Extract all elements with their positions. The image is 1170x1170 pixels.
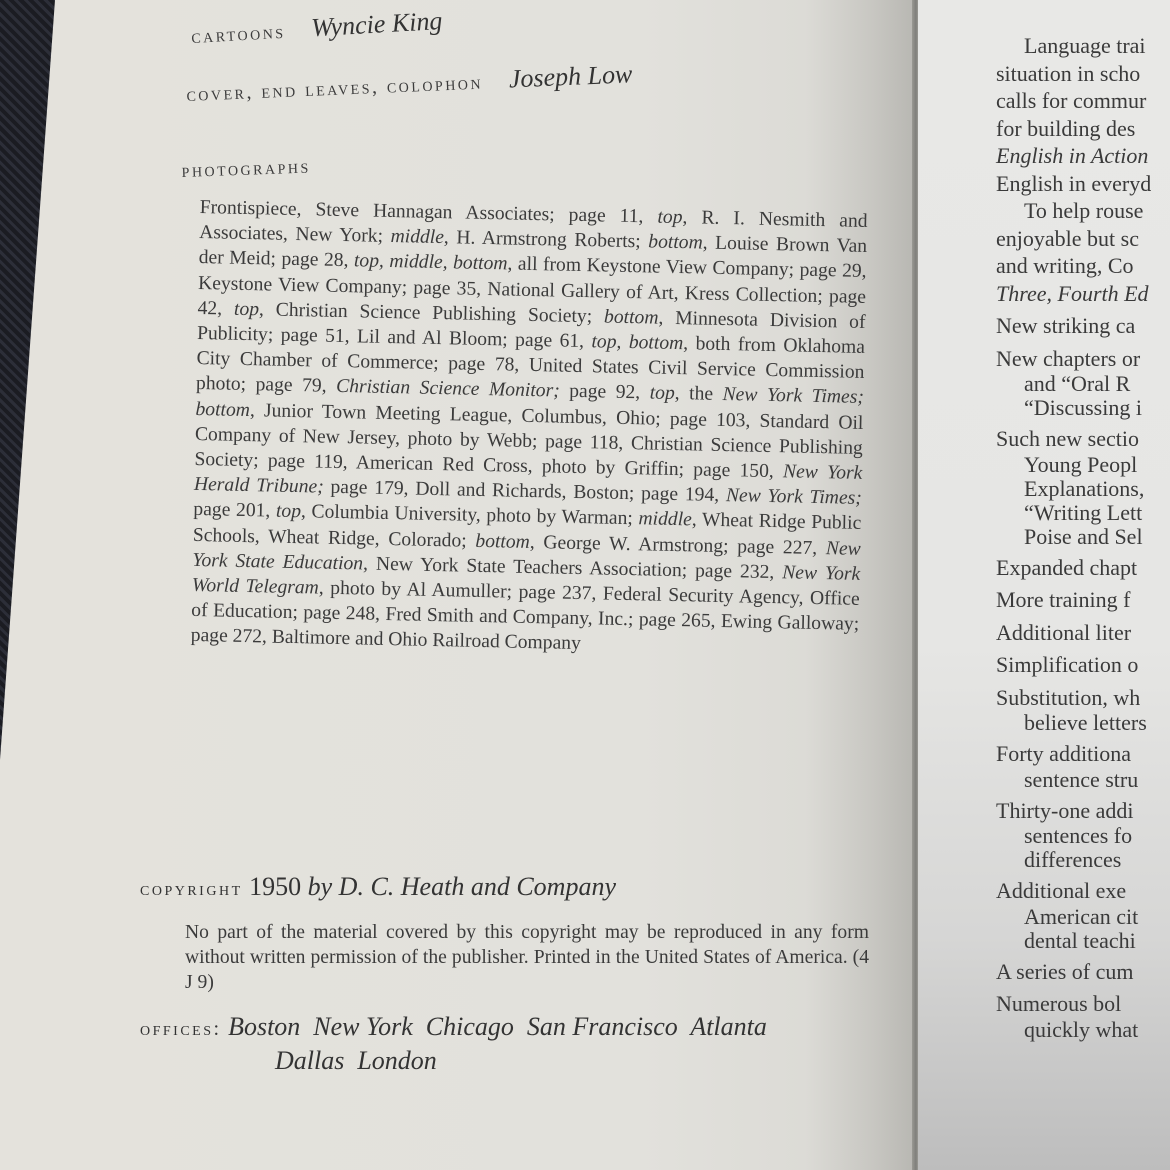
copyright-label: COPYRIGHT [140, 878, 243, 900]
feature-list-item-continuation: Young Peopl [996, 453, 1170, 477]
credit-name: Joseph Low [508, 59, 633, 93]
feature-list-item: New chapters orand “Oral R“Discussing i [996, 345, 1170, 421]
left-page: CARTOONS Wyncie King COVER, END LEAVES, … [0, 0, 915, 1170]
feature-list-item-continuation: Explanations, [996, 477, 1170, 501]
credit-cartoons: CARTOONS Wyncie King [190, 6, 443, 50]
feature-list-item: Numerous bolquickly what [996, 990, 1170, 1042]
feature-list-item: A series of cum [996, 958, 1170, 986]
right-page: Language traisituation in schocalls for … [918, 0, 1170, 1170]
feature-list-item-text: Numerous bol [996, 990, 1170, 1018]
feature-list-item-text: Thirty-one addi [996, 797, 1170, 825]
feature-list-item-continuation: dental teachi [996, 929, 1170, 953]
rights-notice: No part of the material covered by this … [185, 920, 869, 995]
italic-segment: Christian Science Monitor; [336, 376, 560, 402]
feature-list-item-text: Expanded chapt [996, 554, 1170, 582]
credit-label: CARTOONS [191, 21, 286, 48]
feature-list-item-text: Substitution, wh [996, 684, 1170, 712]
text-segment: page 201, [193, 499, 276, 522]
italic-segment: New York Times; [722, 384, 864, 408]
text-segment: , H. Armstrong Roberts; [444, 227, 649, 252]
offices-cities-line2: Dallas London [275, 1046, 437, 1076]
offices-cities-line1: Boston New York Chicago San Francisco At… [228, 1012, 767, 1041]
feature-list-item-text: Additional exe [996, 877, 1170, 905]
credit-label: COVER, END LEAVES, COLOPHON [186, 72, 483, 106]
italic-segment: bottom [604, 306, 659, 328]
feature-list-item: Additional liter [996, 619, 1170, 647]
italic-segment: New York Times; [726, 485, 862, 509]
intro-line: calls for commur [996, 87, 1170, 115]
photographs-heading: PHOTOGRAPHS [181, 156, 311, 183]
feature-list-item-text: More training f [996, 586, 1170, 614]
credit-name: Wyncie King [311, 6, 444, 42]
feature-list-item: More training f [996, 586, 1170, 614]
italic-segment: top [649, 383, 674, 405]
feature-list-item-continuation: sentences fo [996, 824, 1170, 848]
feature-list-item: Simplification o [996, 651, 1170, 679]
italic-segment: top [234, 299, 259, 321]
text-segment: page 92, [559, 381, 649, 404]
feature-list-item-continuation: “Writing Lett [996, 501, 1170, 525]
photographs-credits-paragraph: Frontispiece, Steve Hannagan Associates;… [190, 195, 867, 663]
feature-list-item-text: New chapters or [996, 345, 1170, 373]
offices-label: OFFICES: [140, 1018, 222, 1040]
feature-list-item: Expanded chapt [996, 554, 1170, 582]
text-segment: page 179, Doll and Richards, Boston; pag… [323, 477, 726, 506]
offices: OFFICES: Boston New York Chicago San Fra… [140, 1012, 767, 1042]
feature-list-item-text: A series of cum [996, 958, 1170, 986]
text-segment: , Christian Science Publishing Society; [259, 299, 604, 327]
feature-list-item-continuation: differences [996, 848, 1170, 872]
intro-line: Language trai [996, 32, 1170, 60]
intro-line: English in everyd [996, 170, 1170, 198]
intro-line: To help rouse [996, 197, 1170, 225]
feature-list-item: Such new sectioYoung PeoplExplanations,“… [996, 425, 1170, 549]
text-segment: , Columbia University, photo by Warman; [301, 502, 639, 530]
feature-list-item-continuation: and “Oral R [996, 372, 1170, 396]
feature-list-item: Substitution, whbelieve letters [996, 684, 1170, 736]
intro-line: for building des [996, 115, 1170, 143]
copyright-year: 1950 [249, 872, 301, 901]
text-segment: , the [675, 383, 723, 405]
intro-line: Three, Fourth Ed [996, 280, 1170, 308]
intro-line: enjoyable but sc [996, 225, 1170, 253]
italic-segment: top, middle, bottom [354, 251, 508, 275]
feature-list-item-continuation: Poise and Sel [996, 525, 1170, 549]
feature-list-item-text: Simplification o [996, 651, 1170, 679]
feature-list-item-continuation: quickly what [996, 1018, 1170, 1042]
feature-list-item: Thirty-one addisentences fodifferences [996, 797, 1170, 873]
feature-list-item: Additional exeAmerican citdental teachi [996, 877, 1170, 953]
right-page-text: Language traisituation in schocalls for … [996, 32, 1170, 1042]
intro-line: situation in scho [996, 60, 1170, 88]
italic-segment: middle [638, 509, 692, 531]
credit-cover: COVER, END LEAVES, COLOPHON Joseph Low [186, 59, 633, 108]
copyright-holder: by D. C. Heath and Company [308, 872, 616, 901]
text-segment: , New York State Teachers Association; p… [363, 553, 783, 583]
feature-list-item-continuation: sentence stru [996, 768, 1170, 792]
feature-list-item-text: Forty additiona [996, 740, 1170, 768]
text-segment: , George W. Armstrong; page 227, [530, 532, 827, 559]
italic-segment: top [276, 501, 301, 523]
italic-segment: middle [390, 226, 444, 248]
italic-segment: top [657, 207, 682, 229]
feature-list-item-continuation: “Discussing i [996, 396, 1170, 420]
feature-list-item-continuation: believe letters [996, 711, 1170, 735]
feature-list-item-text: New striking ca [996, 312, 1170, 340]
feature-list-item-text: Such new sectio [996, 425, 1170, 453]
italic-segment: top, bottom [591, 331, 683, 354]
italic-segment: bottom [648, 232, 703, 254]
feature-list-item-continuation: American cit [996, 905, 1170, 929]
feature-list-item-text: Additional liter [996, 619, 1170, 647]
feature-list-item: Forty additionasentence stru [996, 740, 1170, 792]
italic-segment: bottom [475, 530, 530, 552]
text-segment: , Junior Town Meeting League, Columbus, … [194, 400, 863, 483]
feature-list-item: New striking ca [996, 312, 1170, 340]
copyright-line: COPYRIGHT 1950 by D. C. Heath and Compan… [140, 872, 616, 902]
italic-segment: bottom [195, 399, 250, 421]
intro-line: and writing, Co [996, 252, 1170, 280]
intro-line: English in Action [996, 142, 1170, 170]
